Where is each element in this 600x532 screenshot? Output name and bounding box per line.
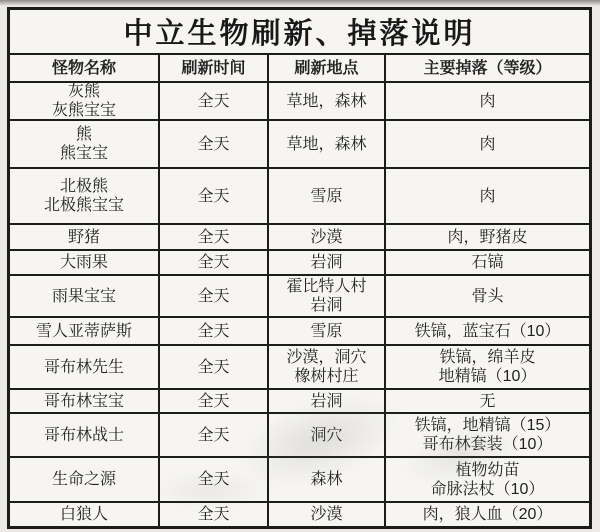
table-row: 哥布林宝宝全天岩洞无 — [10, 390, 589, 414]
drops-cell: 肉，野猪皮 — [386, 225, 589, 249]
refresh-time-cell: 全天 — [160, 458, 269, 501]
photo-top-edge — [0, 0, 600, 6]
table-header-row: 怪物名称 刷新时间 刷新地点 主要掉落（等级） — [10, 55, 589, 83]
refresh-time-cell: 全天 — [160, 503, 269, 526]
monster-name-cell: 哥布林宝宝 — [10, 390, 160, 412]
refresh-location-cell: 沙漠 — [269, 503, 386, 526]
drops-cell: 骨头 — [386, 276, 589, 316]
refresh-time-cell: 全天 — [160, 225, 269, 249]
monster-name-cell: 雪人亚蒂萨斯 — [10, 318, 160, 344]
drops-cell: 肉 — [386, 169, 589, 223]
monster-name-cell: 灰熊 灰熊宝宝 — [10, 83, 160, 119]
table-body: 灰熊 灰熊宝宝全天草地，森林肉熊 熊宝宝全天草地，森林肉北极熊 北极熊宝宝全天雪… — [10, 83, 589, 526]
drops-cell: 肉 — [386, 83, 589, 119]
table-row: 大雨果全天岩洞石镐 — [10, 251, 589, 276]
monster-name-cell: 哥布林战士 — [10, 414, 160, 456]
monster-name-cell: 大雨果 — [10, 251, 160, 274]
header-cell-main-drops: 主要掉落（等级） — [386, 55, 589, 81]
refresh-time-cell: 全天 — [160, 276, 269, 316]
table-row: 灰熊 灰熊宝宝全天草地，森林肉 — [10, 83, 589, 121]
refresh-location-cell: 森林 — [269, 458, 386, 501]
refresh-location-cell: 岩洞 — [269, 390, 386, 412]
refresh-time-cell: 全天 — [160, 390, 269, 412]
refresh-location-cell: 雪原 — [269, 318, 386, 344]
table-row: 白狼人全天沙漠肉，狼人血（20） — [10, 503, 589, 526]
drops-cell: 无 — [386, 390, 589, 412]
refresh-location-cell: 岩洞 — [269, 251, 386, 274]
table-row: 生命之源全天森林植物幼苗 命脉法杖（10） — [10, 458, 589, 503]
header-cell-monster-name: 怪物名称 — [10, 55, 160, 81]
refresh-location-cell: 雪原 — [269, 169, 386, 223]
creature-spawn-drop-table: 中立生物刷新、掉落说明 怪物名称 刷新时间 刷新地点 主要掉落（等级） 灰熊 灰… — [7, 7, 592, 529]
refresh-time-cell: 全天 — [160, 414, 269, 456]
monster-name-cell: 熊 熊宝宝 — [10, 121, 160, 167]
table-row: 北极熊 北极熊宝宝全天雪原肉 — [10, 169, 589, 225]
refresh-location-cell: 草地，森林 — [269, 83, 386, 119]
monster-name-cell: 白狼人 — [10, 503, 160, 526]
refresh-location-cell: 洞穴 — [269, 414, 386, 456]
refresh-time-cell: 全天 — [160, 318, 269, 344]
refresh-location-cell: 沙漠 — [269, 225, 386, 249]
monster-name-cell: 哥布林先生 — [10, 346, 160, 388]
table-title: 中立生物刷新、掉落说明 — [10, 10, 589, 55]
drops-cell: 铁镐，地精镐（15） 哥布林套装（10） — [386, 414, 589, 456]
header-cell-refresh-time: 刷新时间 — [160, 55, 269, 81]
refresh-time-cell: 全天 — [160, 346, 269, 388]
drops-cell: 铁镐，绵羊皮 地精镐（10） — [386, 346, 589, 388]
monster-name-cell: 雨果宝宝 — [10, 276, 160, 316]
table-row: 野猪全天沙漠肉，野猪皮 — [10, 225, 589, 251]
refresh-time-cell: 全天 — [160, 83, 269, 119]
refresh-time-cell: 全天 — [160, 251, 269, 274]
refresh-location-cell: 沙漠，洞穴 橡树村庄 — [269, 346, 386, 388]
monster-name-cell: 生命之源 — [10, 458, 160, 501]
drops-cell: 植物幼苗 命脉法杖（10） — [386, 458, 589, 501]
table-row: 熊 熊宝宝全天草地，森林肉 — [10, 121, 589, 169]
drops-cell: 石镐 — [386, 251, 589, 274]
refresh-time-cell: 全天 — [160, 169, 269, 223]
table-row: 哥布林先生全天沙漠，洞穴 橡树村庄铁镐，绵羊皮 地精镐（10） — [10, 346, 589, 390]
monster-name-cell: 野猪 — [10, 225, 160, 249]
table-row: 雨果宝宝全天霍比特人村 岩洞骨头 — [10, 276, 589, 318]
drops-cell: 铁镐，蓝宝石（10） — [386, 318, 589, 344]
refresh-time-cell: 全天 — [160, 121, 269, 167]
table-row: 哥布林战士全天洞穴铁镐，地精镐（15） 哥布林套装（10） — [10, 414, 589, 458]
drops-cell: 肉，狼人血（20） — [386, 503, 589, 526]
refresh-location-cell: 草地，森林 — [269, 121, 386, 167]
monster-name-cell: 北极熊 北极熊宝宝 — [10, 169, 160, 223]
table-row: 雪人亚蒂萨斯全天雪原铁镐，蓝宝石（10） — [10, 318, 589, 346]
header-cell-refresh-location: 刷新地点 — [269, 55, 386, 81]
refresh-location-cell: 霍比特人村 岩洞 — [269, 276, 386, 316]
drops-cell: 肉 — [386, 121, 589, 167]
